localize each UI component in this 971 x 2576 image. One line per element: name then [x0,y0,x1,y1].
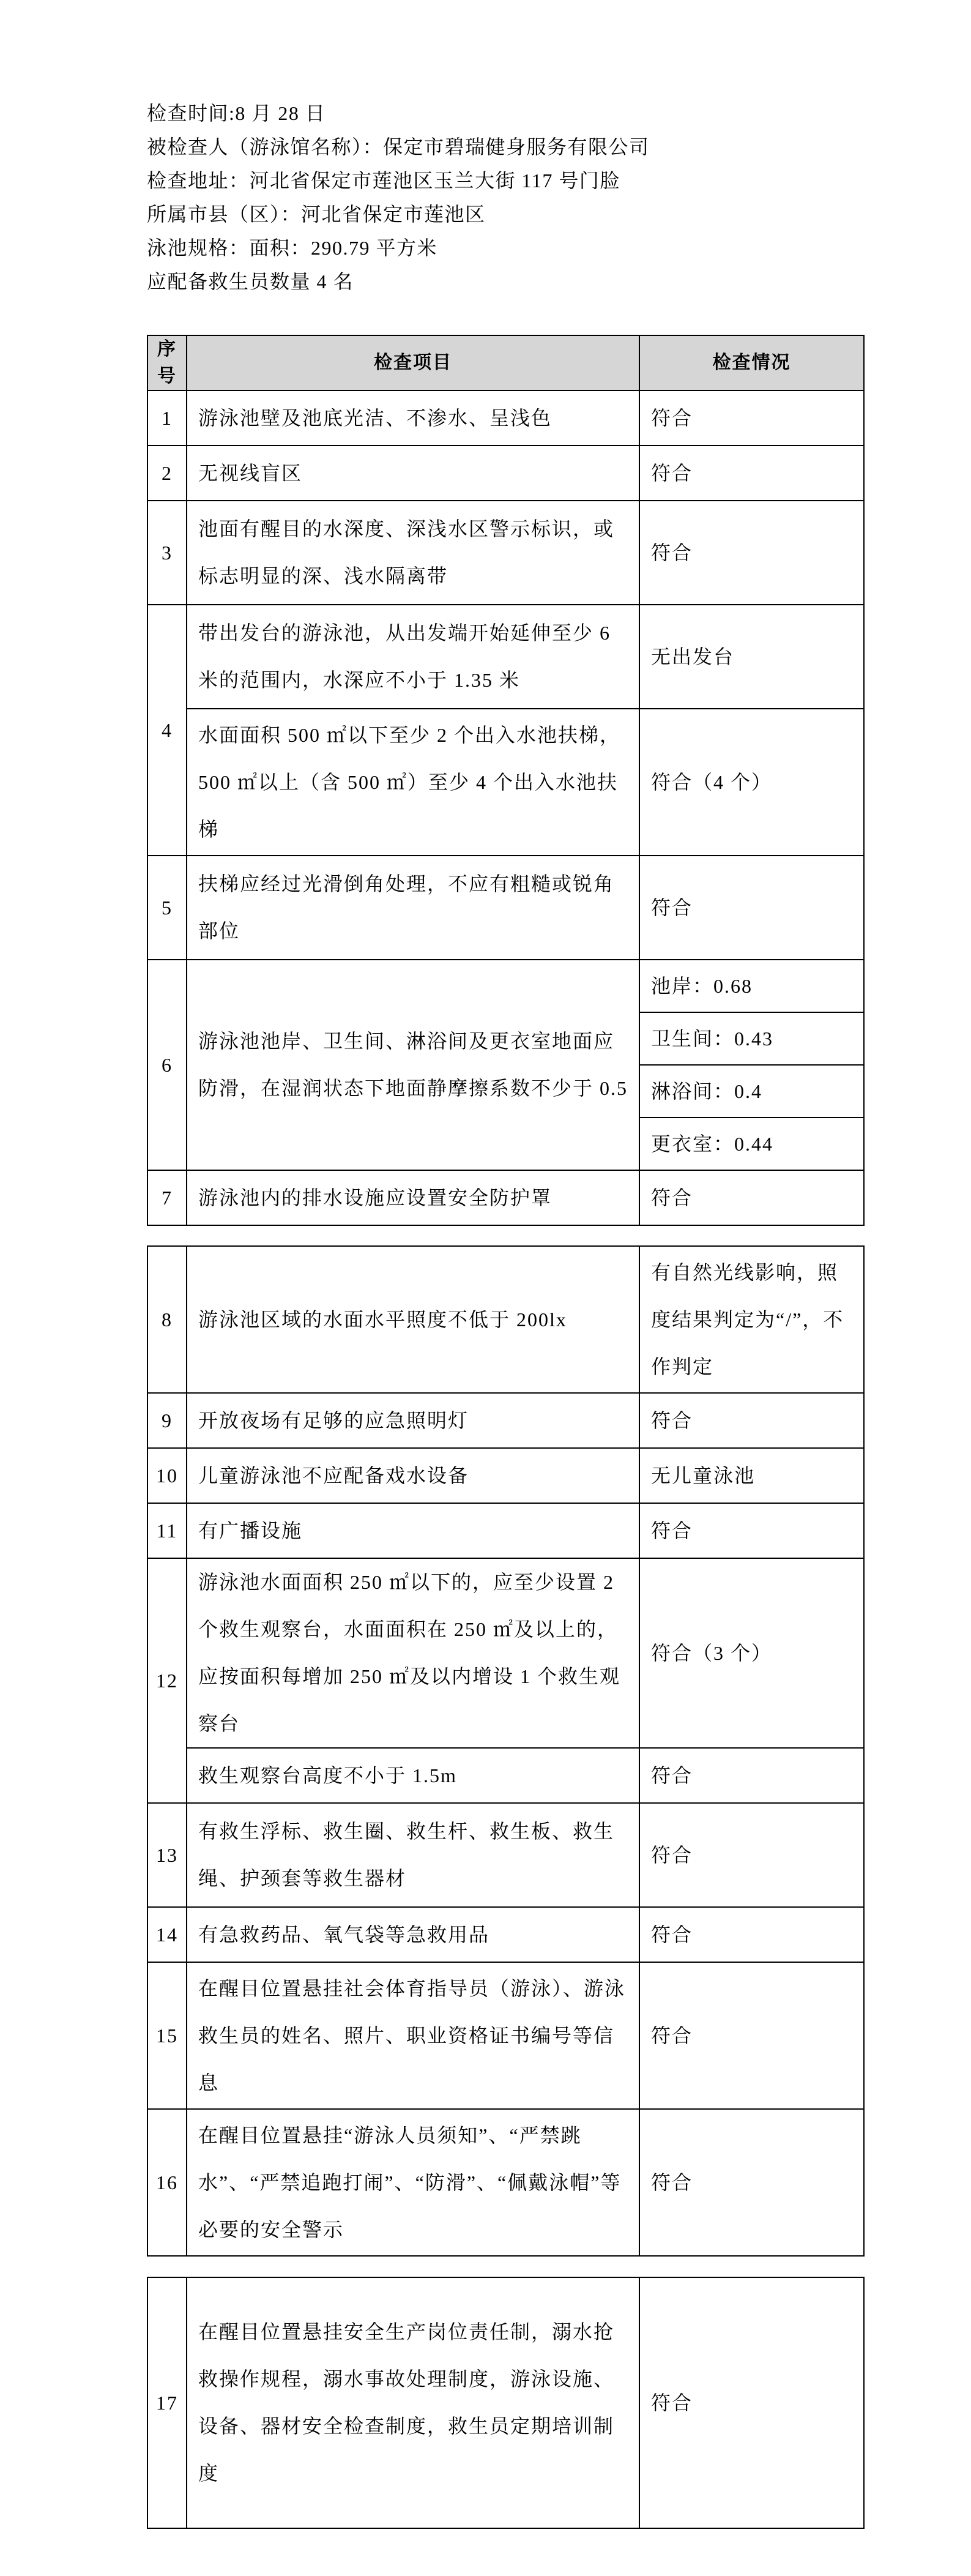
header-line-pool-spec: 泳池规格：面积：290.79 平方米 [147,231,863,265]
row-7-item: 游泳池内的排水设施应设置安全防护罩 [187,1170,639,1225]
row-12-no: 12 [147,1558,187,1803]
row-10-no: 10 [147,1448,187,1503]
table-row: 7 游泳池内的排水设施应设置安全防护罩 符合 [147,1170,864,1225]
row-11-item: 有广播设施 [187,1503,639,1558]
row-16-no: 16 [147,2109,187,2256]
row-11-status: 符合 [639,1503,864,1558]
row-5-item: 扶梯应经过光滑倒角处理，不应有粗糙或锐角部位 [187,856,639,960]
row-4a-status: 无出发台 [639,605,864,709]
row-17-item: 在醒目位置悬挂安全生产岗位责任制，溺水抢救操作规程，溺水事故处理制度，游泳设施、… [187,2277,639,2528]
row-3-item: 池面有醒目的水深度、深浅水区警示标识，或标志明显的深、浅水隔离带 [187,501,639,605]
row-13-item: 有救生浮标、救生圈、救生杆、救生板、救生绳、护颈套等救生器材 [187,1803,639,1907]
row-8-status: 有自然光线影响，照度结果判定为“/”，不作判定 [639,1246,864,1393]
row-6-status-dressing: 更衣室：0.44 [639,1118,864,1170]
row-6-item: 游泳池池岸、卫生间、淋浴间及更衣室地面应防滑，在湿润状态下地面静摩擦系数不少于 … [187,960,639,1170]
table-row: 9 开放夜场有足够的应急照明灯 符合 [147,1393,864,1448]
row-1-no: 1 [147,390,187,446]
document-header: 检查时间:8 月 28 日 被检查人（游泳馆名称）：保定市碧瑞健身服务有限公司 … [147,0,863,299]
row-12b-status: 符合 [639,1748,864,1803]
row-16-status: 符合 [639,2109,864,2256]
row-3-status: 符合 [639,501,864,605]
row-4b-status: 符合（4 个） [639,709,864,856]
document-page: 检查时间:8 月 28 日 被检查人（游泳馆名称）：保定市碧瑞健身服务有限公司 … [147,0,863,2529]
col-header-item: 检查项目 [187,335,639,390]
table-row: 救生观察台高度不小于 1.5m 符合 [147,1748,864,1803]
row-12a-item: 游泳池水面面积 250 ㎡以下的，应至少设置 2 个救生观察台，水面面积在 25… [187,1558,639,1748]
table-row: 3 池面有醒目的水深度、深浅水区警示标识，或标志明显的深、浅水隔离带 符合 [147,501,864,605]
col-header-status: 检查情况 [639,335,864,390]
row-10-status: 无儿童泳池 [639,1448,864,1503]
table-row: 5 扶梯应经过光滑倒角处理，不应有粗糙或锐角部位 符合 [147,856,864,960]
table-row: 16 在醒目位置悬挂“游泳人员须知”、“严禁跳水”、“严禁追跑打闹”、“防滑”、… [147,2109,864,2256]
table-row: 11 有广播设施 符合 [147,1503,864,1558]
row-5-no: 5 [147,856,187,960]
header-line-lifeguard-count: 应配备救生员数量 4 名 [147,265,863,299]
table-row: 14 有急救药品、氧气袋等急救用品 符合 [147,1907,864,1962]
table-row: 1 游泳池壁及池底光洁、不渗水、呈浅色 符合 [147,390,864,446]
row-2-item: 无视线盲区 [187,446,639,501]
row-2-status: 符合 [639,446,864,501]
table-row: 17 在醒目位置悬挂安全生产岗位责任制，溺水抢救操作规程，溺水事故处理制度，游泳… [147,2277,864,2528]
row-15-status: 符合 [639,1962,864,2109]
row-12a-status: 符合（3 个） [639,1558,864,1748]
row-9-item: 开放夜场有足够的应急照明灯 [187,1393,639,1448]
table-row: 水面面积 500 ㎡以下至少 2 个出入水池扶梯，500 ㎡以上（含 500 ㎡… [147,709,864,856]
table-row: 10 儿童游泳池不应配备戏水设备 无儿童泳池 [147,1448,864,1503]
row-4a-item: 带出发台的游泳池，从出发端开始延伸至少 6 米的范围内，水深应不小于 1.35 … [187,605,639,709]
header-line-inspection-address: 检查地址：河北省保定市莲池区玉兰大街 117 号门脸 [147,164,863,198]
header-line-inspection-time: 检查时间:8 月 28 日 [147,97,863,130]
row-17-no: 17 [147,2277,187,2528]
row-6-no: 6 [147,960,187,1170]
row-1-status: 符合 [639,390,864,446]
table-row: 6 游泳池池岸、卫生间、淋浴间及更衣室地面应防滑，在湿润状态下地面静摩擦系数不少… [147,960,864,1012]
row-9-no: 9 [147,1393,187,1448]
row-14-no: 14 [147,1907,187,1962]
row-6-status-poolside: 池岸：0.68 [639,960,864,1012]
header-line-district: 所属市县（区）：河北省保定市莲池区 [147,198,863,231]
table-header-row: 序号 检查项目 检查情况 [147,335,864,390]
row-14-item: 有急救药品、氧气袋等急救用品 [187,1907,639,1962]
table-row: 12 游泳池水面面积 250 ㎡以下的，应至少设置 2 个救生观察台，水面面积在… [147,1558,864,1748]
row-1-item: 游泳池壁及池底光洁、不渗水、呈浅色 [187,390,639,446]
row-13-no: 13 [147,1803,187,1907]
row-13-status: 符合 [639,1803,864,1907]
inspection-table-section-1: 序号 检查项目 检查情况 1 游泳池壁及池底光洁、不渗水、呈浅色 符合 2 无视… [147,335,865,1226]
row-10-item: 儿童游泳池不应配备戏水设备 [187,1448,639,1503]
row-3-no: 3 [147,501,187,605]
table-row: 15 在醒目位置悬挂社会体育指导员（游泳）、游泳救生员的姓名、照片、职业资格证书… [147,1962,864,2109]
row-7-status: 符合 [639,1170,864,1225]
row-7-no: 7 [147,1170,187,1225]
table-row: 8 游泳池区域的水面水平照度不低于 200lx 有自然光线影响，照度结果判定为“… [147,1246,864,1393]
row-16-item: 在醒目位置悬挂“游泳人员须知”、“严禁跳水”、“严禁追跑打闹”、“防滑”、“佩戴… [187,2109,639,2256]
row-4b-item: 水面面积 500 ㎡以下至少 2 个出入水池扶梯，500 ㎡以上（含 500 ㎡… [187,709,639,856]
row-14-status: 符合 [639,1907,864,1962]
table-row: 2 无视线盲区 符合 [147,446,864,501]
row-6-status-shower: 淋浴间：0.4 [639,1065,864,1118]
row-11-no: 11 [147,1503,187,1558]
row-15-item: 在醒目位置悬挂社会体育指导员（游泳）、游泳救生员的姓名、照片、职业资格证书编号等… [187,1962,639,2109]
table-row: 4 带出发台的游泳池，从出发端开始延伸至少 6 米的范围内，水深应不小于 1.3… [147,605,864,709]
row-2-no: 2 [147,446,187,501]
header-line-inspected-entity: 被检查人（游泳馆名称）：保定市碧瑞健身服务有限公司 [147,130,863,164]
inspection-table-section-2: 8 游泳池区域的水面水平照度不低于 200lx 有自然光线影响，照度结果判定为“… [147,1245,865,2257]
row-9-status: 符合 [639,1393,864,1448]
col-header-no: 序号 [147,335,187,390]
row-15-no: 15 [147,1962,187,2109]
row-8-no: 8 [147,1246,187,1393]
row-12b-item: 救生观察台高度不小于 1.5m [187,1748,639,1803]
row-5-status: 符合 [639,856,864,960]
inspection-table-section-3: 17 在醒目位置悬挂安全生产岗位责任制，溺水抢救操作规程，溺水事故处理制度，游泳… [147,2277,865,2529]
table-row: 13 有救生浮标、救生圈、救生杆、救生板、救生绳、护颈套等救生器材 符合 [147,1803,864,1907]
row-4-no: 4 [147,605,187,856]
row-8-item: 游泳池区域的水面水平照度不低于 200lx [187,1246,639,1393]
row-17-status: 符合 [639,2277,864,2528]
row-6-status-restroom: 卫生间：0.43 [639,1012,864,1065]
